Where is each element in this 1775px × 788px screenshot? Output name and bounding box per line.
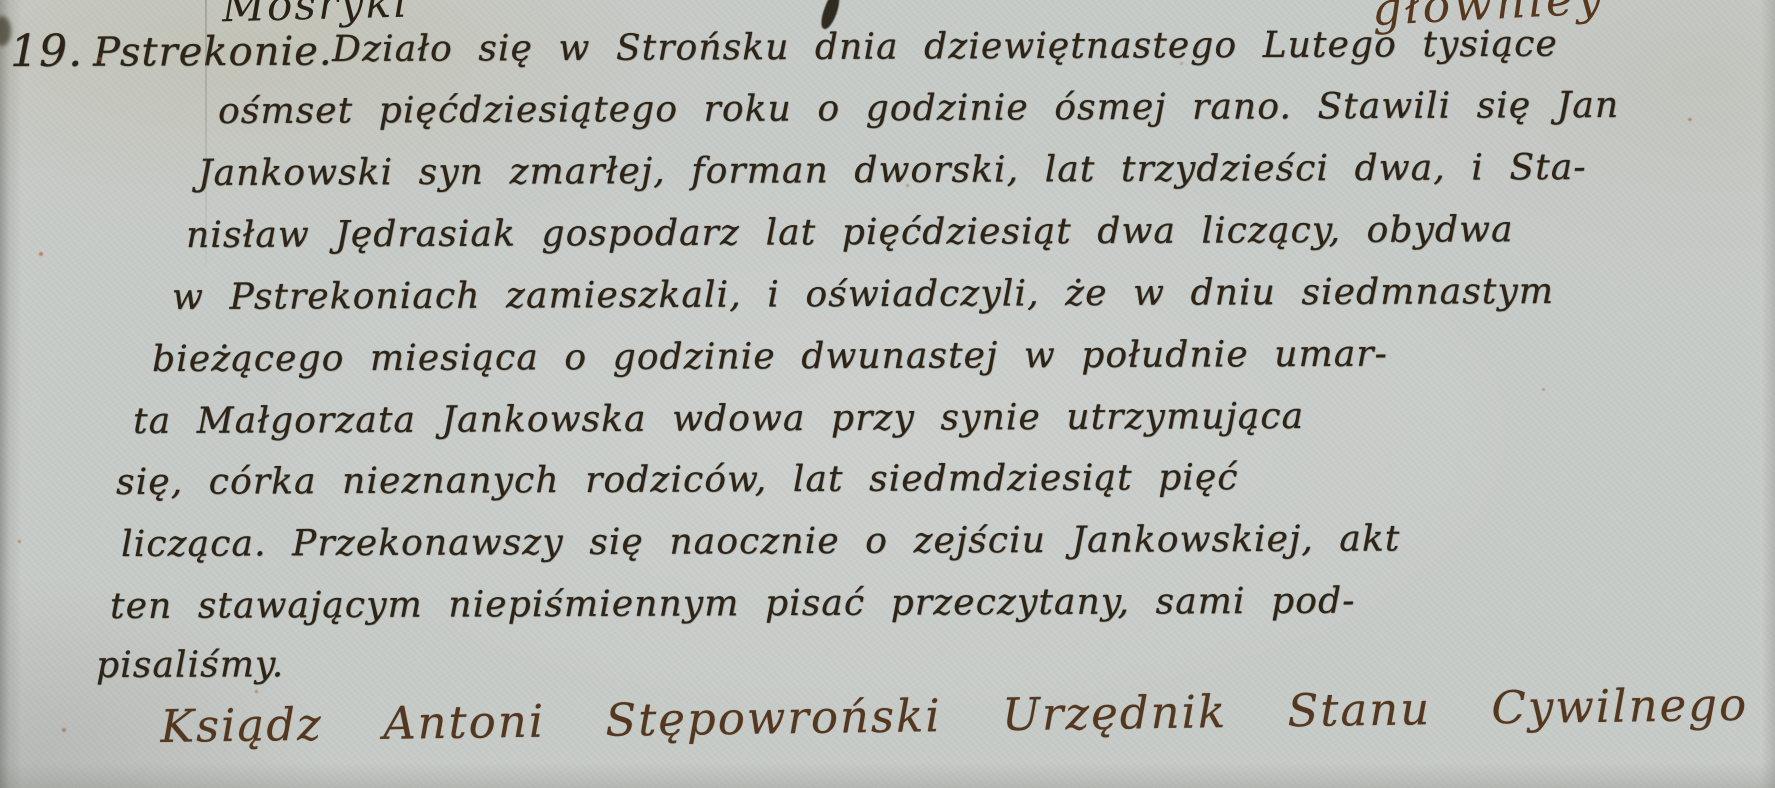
- paper-speck: [97, 57, 102, 61]
- record-text-line: licząca. Przekonawszy się naocznie o zej…: [121, 521, 1401, 563]
- entry-place-name: Pstrekonie.: [93, 29, 333, 76]
- paper-speck: [39, 252, 43, 256]
- record-text-line: nisław Jędrasiak gospodarz lat pięćdzies…: [186, 212, 1514, 254]
- record-text-line: pisaliśmy.: [96, 647, 284, 684]
- record-text-line: ten stawającym niepiśmiennym pisać przec…: [110, 584, 1356, 625]
- paper-speck: [906, 184, 909, 187]
- paper-speck: [18, 540, 21, 543]
- record-text-line: bieżącego miesiąca o godzinie dwunastej …: [152, 337, 1388, 378]
- paper-speck: [1180, 62, 1183, 65]
- entry-number: 19.: [10, 26, 83, 77]
- document-page: Mosryki główniey 19.Pstrekonie. Działo s…: [0, 0, 1775, 788]
- record-text-line: ośmset pięćdziesiątego roku o godzinie ó…: [218, 88, 1619, 130]
- record-text-line: Jankowski syn zmarłej, forman dworski, l…: [198, 150, 1587, 192]
- record-text-line: ta Małgorzata Jankowska wdowa przy synie…: [133, 399, 1304, 440]
- paper-speck: [1542, 388, 1545, 391]
- entry-header: 19.Pstrekonie.: [10, 25, 333, 77]
- paper-speck: [62, 728, 66, 732]
- registrar-signature: Ksiądz Antoni Stępowroński Urzędnik Stan…: [160, 678, 1748, 753]
- paper-crease: [205, 0, 207, 265]
- paper-speck: [255, 690, 258, 693]
- paper-speck: [1688, 118, 1692, 121]
- record-text-line: się, córka nieznanych rodziców, lat sied…: [116, 460, 1239, 501]
- record-text-line: Działo się w Strońsku dnia dziewiętnaste…: [332, 27, 1558, 68]
- record-text-line: w Pstrekoniach zamieszkali, i oświadczyl…: [172, 274, 1554, 316]
